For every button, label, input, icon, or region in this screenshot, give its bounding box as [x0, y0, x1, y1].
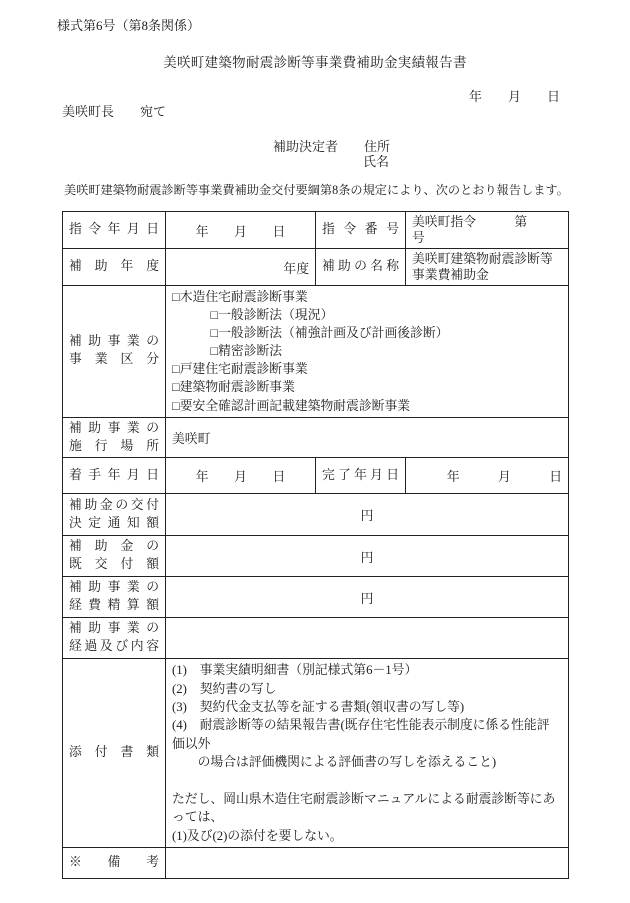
settled-expense-label: 補助事業の 経費精算額 — [63, 577, 166, 618]
row-progress-details: 補助事業の 経過及び内容 — [63, 618, 569, 659]
addressee-line: 美咲町長 宛て — [62, 101, 166, 120]
row-subsidy-year-name: 補助年度 年度 補助の名称 美咲町建築物耐震診断等 事業費補助金 — [63, 249, 569, 286]
row-grant-decision-amount: 補助金の交付 決定通知額 円 — [63, 494, 569, 536]
row-remarks: ※備考 — [63, 848, 569, 879]
completion-date-label: 完了年月日 — [316, 458, 406, 494]
completion-date-value: 年 月 日 — [406, 458, 569, 494]
grant-decision-amount-label: 補助金の交付 決定通知額 — [63, 494, 166, 536]
start-date-label: 着手年月日 — [63, 458, 166, 494]
remarks-value — [166, 848, 569, 879]
row-start-completion-dates: 着手年月日 年 月 日 完了年月日 年 月 日 — [63, 458, 569, 494]
subsidy-name-label: 補助の名称 — [316, 249, 406, 286]
subsidy-year-value: 年度 — [166, 249, 316, 286]
settled-expense-unit: 円 — [166, 577, 569, 618]
project-category-label: 補助事業の 事業区分 — [63, 286, 166, 418]
directive-number-label: 指令番号 — [316, 212, 406, 249]
directive-number-value: 美咲町指令 第 号 — [406, 212, 569, 249]
start-date-value: 年 月 日 — [166, 458, 316, 494]
recipient-name-label: 氏名 — [363, 151, 389, 170]
progress-details-value — [166, 618, 569, 659]
document-page: 様式第6号（第8条関係） 美咲町建築物耐震診断等事業費補助金実績報告書 年 月 … — [0, 0, 630, 903]
row-settled-expense: 補助事業の 経費精算額 円 — [63, 577, 569, 618]
document-title: 美咲町建築物耐震診断等事業費補助金実績報告書 — [0, 51, 630, 71]
row-project-location: 補助事業の 施行場所 美咲町 — [63, 417, 569, 458]
progress-details-label: 補助事業の 経過及び内容 — [63, 618, 166, 659]
attachments-list: (1) 事業実績明細書（別記様式第6－1号） (2) 契約書の写し (3) 契約… — [166, 659, 569, 848]
row-project-category: 補助事業の 事業区分 □木造住宅耐震診断事業 □一般診断法（現況） □一般診断法… — [63, 286, 569, 418]
remarks-label: ※備考 — [63, 848, 166, 879]
directive-date-value: 年 月 日 — [166, 212, 316, 249]
grant-decision-amount-unit: 円 — [166, 494, 569, 536]
subsidy-name-value: 美咲町建築物耐震診断等 事業費補助金 — [406, 249, 569, 286]
paid-amount-unit: 円 — [166, 536, 569, 577]
report-table: 指令年月日 年 月 日 指令番号 美咲町指令 第 号 補助年度 年度 補助の名称… — [62, 211, 569, 879]
intro-sentence: 美咲町建築物耐震診断等事業費補助金交付要綱第8条の規定により、次のとおり報告しま… — [64, 181, 569, 198]
date-placeholder-line: 年 月 日 — [469, 86, 560, 105]
paid-amount-label: 補助金の 既交付額 — [63, 536, 166, 577]
row-attachments: 添付書類 (1) 事業実績明細書（別記様式第6－1号） (2) 契約書の写し (… — [63, 659, 569, 848]
row-paid-amount: 補助金の 既交付額 円 — [63, 536, 569, 577]
directive-date-label: 指令年月日 — [63, 212, 166, 249]
attachments-label: 添付書類 — [63, 659, 166, 848]
row-directive: 指令年月日 年 月 日 指令番号 美咲町指令 第 号 — [63, 212, 569, 249]
form-number: 様式第6号（第8条関係） — [57, 15, 200, 34]
project-location-value: 美咲町 — [166, 417, 569, 458]
project-location-label: 補助事業の 施行場所 — [63, 417, 166, 458]
project-category-checkbox-list: □木造住宅耐震診断事業 □一般診断法（現況） □一般診断法（補強計画及び計画後診… — [166, 286, 569, 418]
subsidy-year-label: 補助年度 — [63, 249, 166, 286]
